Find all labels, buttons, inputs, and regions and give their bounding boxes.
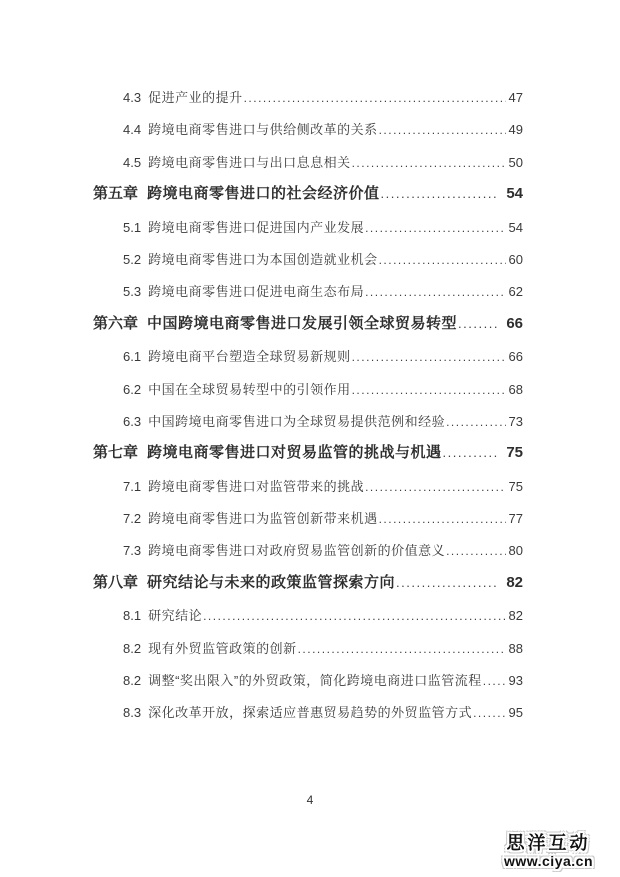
toc-entry[interactable]: 4.4 跨境电商零售进口与供给侧改革的关系 49 <box>93 110 523 142</box>
toc-entry-number: 8.2 <box>123 641 141 656</box>
toc-entry[interactable]: 第七章 跨境电商零售进口对贸易监管的挑战与机遇 75 <box>93 434 523 466</box>
toc-entry-title: 跨境电商零售进口的社会经济价值 <box>147 182 380 203</box>
dot-leader <box>244 90 506 105</box>
toc-entry-page: 50 <box>507 155 523 170</box>
toc-entry[interactable]: 7.1 跨境电商零售进口对监管带来的挑战 75 <box>93 467 523 499</box>
toc-entry-number: 第五章 <box>93 182 138 203</box>
toc-entry-page: 82 <box>507 608 523 623</box>
page-number-footer: 4 <box>0 793 620 807</box>
toc-entry-page: 47 <box>507 90 523 105</box>
toc-entry[interactable]: 5.3 跨境电商零售进口促进电商生态布局 62 <box>93 272 523 304</box>
toc-entry-title: 跨境电商零售进口对贸易监管的挑战与机遇 <box>147 441 442 462</box>
toc-entry-page: 66 <box>500 315 523 332</box>
toc-entry-title: 跨境电商零售进口与出口息息相关 <box>148 152 351 171</box>
toc-entry[interactable]: 4.3 促进产业的提升 47 <box>93 78 523 110</box>
toc-entry-number: 8.2 <box>123 673 141 688</box>
toc-entry-page: 66 <box>507 349 523 364</box>
dot-leader <box>203 608 505 623</box>
toc-entry-title: 跨境电商零售进口对政府贸易监管创新的价值意义 <box>148 540 445 559</box>
toc-entry-page: 80 <box>507 543 523 558</box>
toc-entry-page: 88 <box>507 641 523 656</box>
dot-leader <box>483 673 506 688</box>
dot-leader <box>396 574 499 591</box>
dot-leader <box>381 185 500 202</box>
toc-entry[interactable]: 8.2 调整“奖出限入”的外贸政策，简化跨境电商进口监管流程 93 <box>93 661 523 693</box>
toc-entry-title: 中国在全球贸易转型中的引领作用 <box>148 379 351 398</box>
toc-entry-number: 6.2 <box>123 382 141 397</box>
toc-entry-page: 82 <box>500 574 523 591</box>
toc-entry[interactable]: 第八章 研究结论与未来的政策监管探索方向 82 <box>93 564 523 596</box>
dot-leader <box>458 315 499 332</box>
watermark: 思洋互动 www.ciya.cn <box>504 834 593 869</box>
dot-leader <box>473 705 505 720</box>
watermark-url: www.ciya.cn <box>504 854 593 869</box>
dot-leader <box>352 155 506 170</box>
dot-leader <box>446 543 505 558</box>
dot-leader <box>365 284 505 299</box>
toc-entry-title: 调整“奖出限入”的外贸政策，简化跨境电商进口监管流程 <box>148 670 482 689</box>
toc-entry[interactable]: 6.3 中国跨境电商零售进口为全球贸易提供范例和经验 73 <box>93 402 523 434</box>
toc-entry-page: 54 <box>500 185 523 202</box>
toc-entry-page: 68 <box>507 382 523 397</box>
toc-entry[interactable]: 7.3 跨境电商零售进口对政府贸易监管创新的价值意义 80 <box>93 531 523 563</box>
toc-entry-title: 研究结论 <box>148 605 202 624</box>
toc-entry-title: 促进产业的提升 <box>148 87 243 106</box>
toc-entry[interactable]: 第六章 中国跨境电商零售进口发展引领全球贸易转型 66 <box>93 305 523 337</box>
toc-entry-number: 6.1 <box>123 349 141 364</box>
toc-entry-title: 跨境电商零售进口为监管创新带来机遇 <box>148 508 378 527</box>
dot-leader <box>379 122 506 137</box>
toc-entry-number: 第八章 <box>93 571 138 592</box>
document-page: 4.3 促进产业的提升 47 4.4 跨境电商零售进口与供给侧改革的关系 49 … <box>0 0 620 877</box>
toc-entry[interactable]: 8.2 现有外贸监管政策的创新 88 <box>93 629 523 661</box>
toc-entry[interactable]: 6.2 中国在全球贸易转型中的引领作用 68 <box>93 370 523 402</box>
watermark-brand: 思洋互动 <box>504 834 593 853</box>
toc-entry-page: 73 <box>507 414 523 429</box>
dot-leader <box>365 220 505 235</box>
toc-entry-number: 8.1 <box>123 608 141 623</box>
toc-entry-title: 跨境电商零售进口促进电商生态布局 <box>148 281 364 300</box>
toc-entry[interactable]: 5.1 跨境电商零售进口促进国内产业发展 54 <box>93 208 523 240</box>
toc-entry-number: 8.3 <box>123 705 141 720</box>
toc-entry-title: 跨境电商零售进口促进国内产业发展 <box>148 217 364 236</box>
toc-entry-title: 跨境电商零售进口与供给侧改革的关系 <box>148 119 378 138</box>
toc-entry-title: 跨境电商平台塑造全球贸易新规则 <box>148 346 351 365</box>
toc-entry-title: 中国跨境电商零售进口发展引领全球贸易转型 <box>147 312 457 333</box>
toc-entry[interactable]: 8.1 研究结论 82 <box>93 596 523 628</box>
toc-entry-number: 5.2 <box>123 252 141 267</box>
dot-leader <box>352 349 506 364</box>
toc-entry[interactable]: 7.2 跨境电商零售进口为监管创新带来机遇 77 <box>93 499 523 531</box>
toc-entry-number: 6.3 <box>123 414 141 429</box>
toc-entry-title: 研究结论与未来的政策监管探索方向 <box>147 571 395 592</box>
toc-entry[interactable]: 5.2 跨境电商零售进口为本国创造就业机会 60 <box>93 240 523 272</box>
toc-entry-number: 5.1 <box>123 220 141 235</box>
toc-entry-number: 4.3 <box>123 90 141 105</box>
toc-entry-page: 93 <box>507 673 523 688</box>
toc-entry-page: 75 <box>500 444 523 461</box>
dot-leader <box>298 641 506 656</box>
dot-leader <box>352 382 506 397</box>
toc-entry-title: 跨境电商零售进口对监管带来的挑战 <box>148 476 364 495</box>
dot-leader <box>443 444 500 461</box>
toc-entry-number: 7.1 <box>123 479 141 494</box>
toc-entry-number: 4.4 <box>123 122 141 137</box>
dot-leader <box>446 414 505 429</box>
toc-entry[interactable]: 第五章 跨境电商零售进口的社会经济价值 54 <box>93 175 523 207</box>
toc-entry-page: 54 <box>507 220 523 235</box>
toc-entry-number: 5.3 <box>123 284 141 299</box>
dot-leader <box>379 252 506 267</box>
toc-entry-title: 中国跨境电商零售进口为全球贸易提供范例和经验 <box>148 411 445 430</box>
toc-entry[interactable]: 6.1 跨境电商平台塑造全球贸易新规则 66 <box>93 337 523 369</box>
toc-entry-title: 现有外贸监管政策的创新 <box>148 638 297 657</box>
toc-entry-page: 62 <box>507 284 523 299</box>
toc-entry-number: 第七章 <box>93 441 138 462</box>
toc-entry-page: 95 <box>507 705 523 720</box>
toc-entry-page: 75 <box>507 479 523 494</box>
toc-entry-page: 60 <box>507 252 523 267</box>
dot-leader <box>365 479 505 494</box>
toc-entry-number: 4.5 <box>123 155 141 170</box>
toc-entry-title: 深化改革开放，探索适应普惠贸易趋势的外贸监管方式 <box>148 702 472 721</box>
toc-entry-number: 7.3 <box>123 543 141 558</box>
toc-entry-page: 77 <box>507 511 523 526</box>
table-of-contents: 4.3 促进产业的提升 47 4.4 跨境电商零售进口与供给侧改革的关系 49 … <box>93 78 523 726</box>
toc-entry-number: 第六章 <box>93 312 138 333</box>
toc-entry-page: 49 <box>507 122 523 137</box>
toc-entry-title: 跨境电商零售进口为本国创造就业机会 <box>148 249 378 268</box>
toc-entry-number: 7.2 <box>123 511 141 526</box>
dot-leader <box>379 511 506 526</box>
toc-entry[interactable]: 8.3 深化改革开放，探索适应普惠贸易趋势的外贸监管方式 95 <box>93 693 523 725</box>
toc-entry[interactable]: 4.5 跨境电商零售进口与出口息息相关 50 <box>93 143 523 175</box>
